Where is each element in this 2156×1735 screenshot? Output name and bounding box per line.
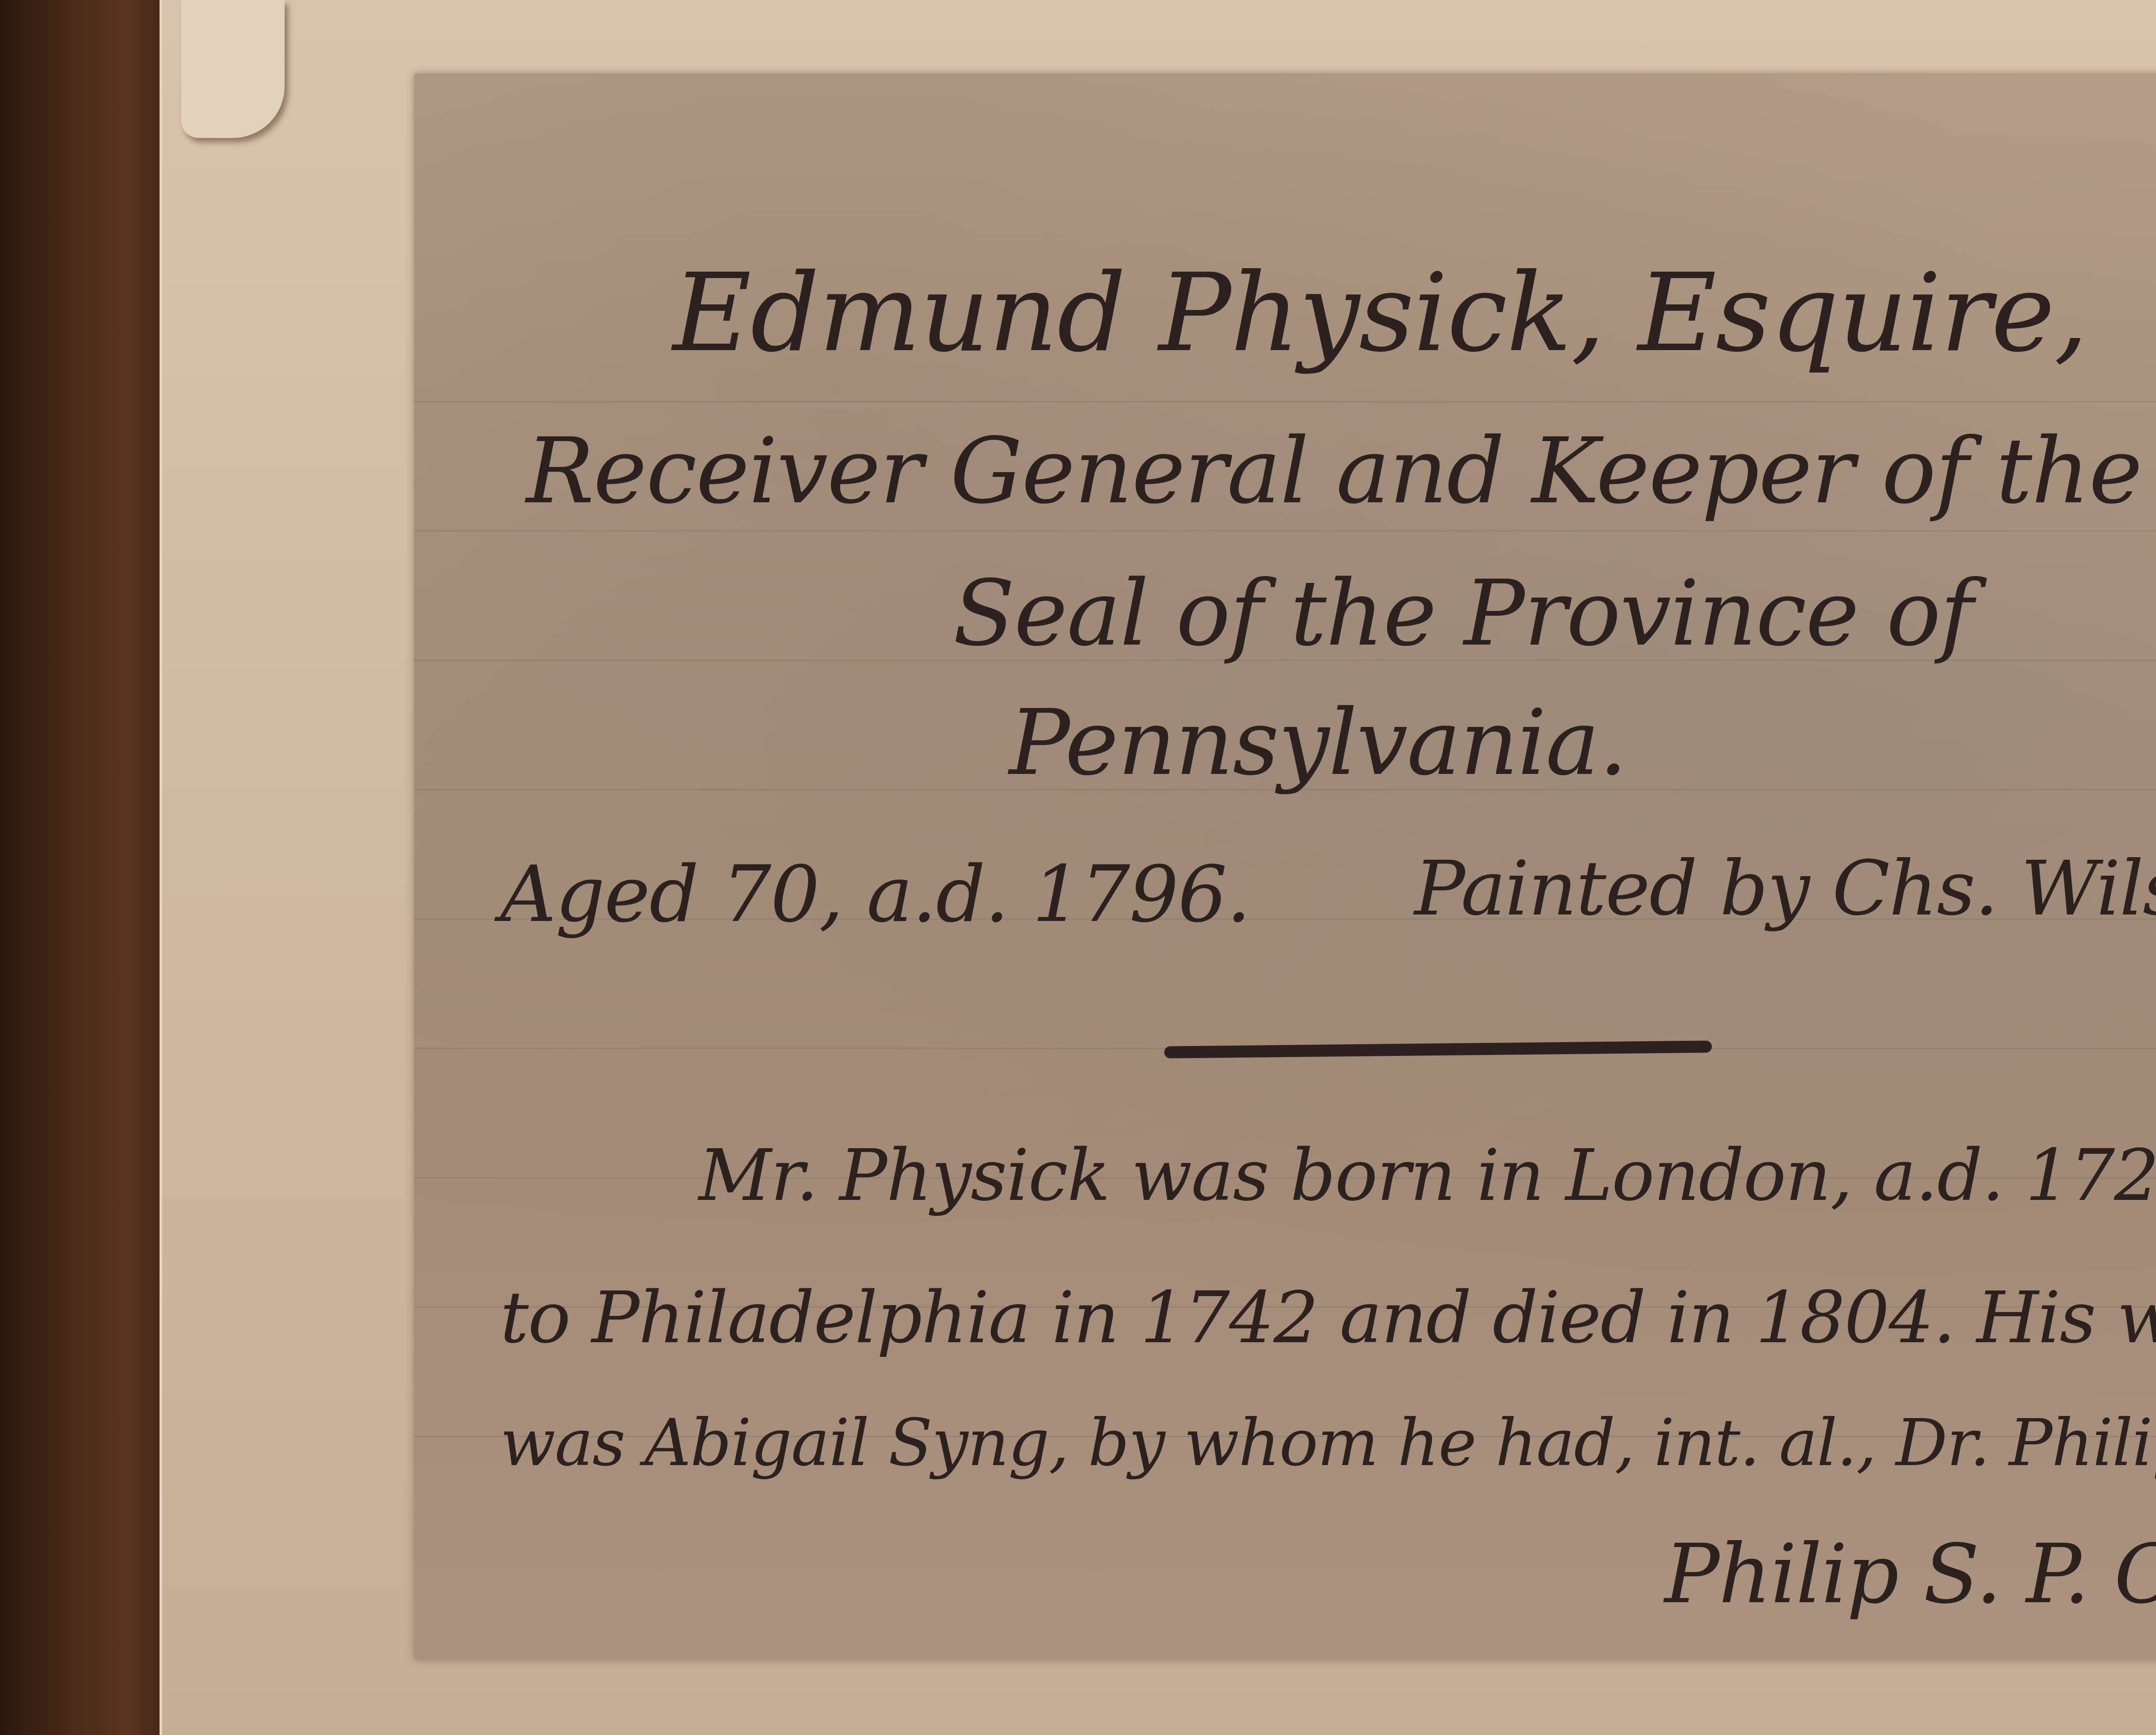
heading-title-line-2: Seal of the Province of [953,561,1973,666]
caption-painter: Painted by Chs. Wilson Peale [1414,845,2156,933]
dark-background [0,0,181,1735]
heading-name: Edmund Physick, Esquire, [673,250,2087,376]
caption-age: Aged 70, a.d. 1796. [500,849,1250,940]
note-line-1: Mr. Physick was born in London, a.d. 172… [699,1134,2156,1217]
ruled-line [414,401,2156,402]
mount-corner-tab [181,0,285,138]
handwritten-note-paper: Edmund Physick, Esquire, Receiver Genera… [414,73,2156,1660]
note-line-2: to Philadelphia in 1742 and died in 1804… [500,1276,2156,1359]
note-line-3: was Abigail Syng, by whom he had, int. a… [500,1406,2156,1481]
signature: Philip S. P. Conner [1664,1526,2156,1622]
divider-rule [1164,1040,1712,1058]
heading-title-line-3: Pennsylvania. [1009,690,1626,795]
ruled-line [414,530,2156,532]
heading-title-line-1: Receiver General and Keeper of the Great [526,418,2156,524]
